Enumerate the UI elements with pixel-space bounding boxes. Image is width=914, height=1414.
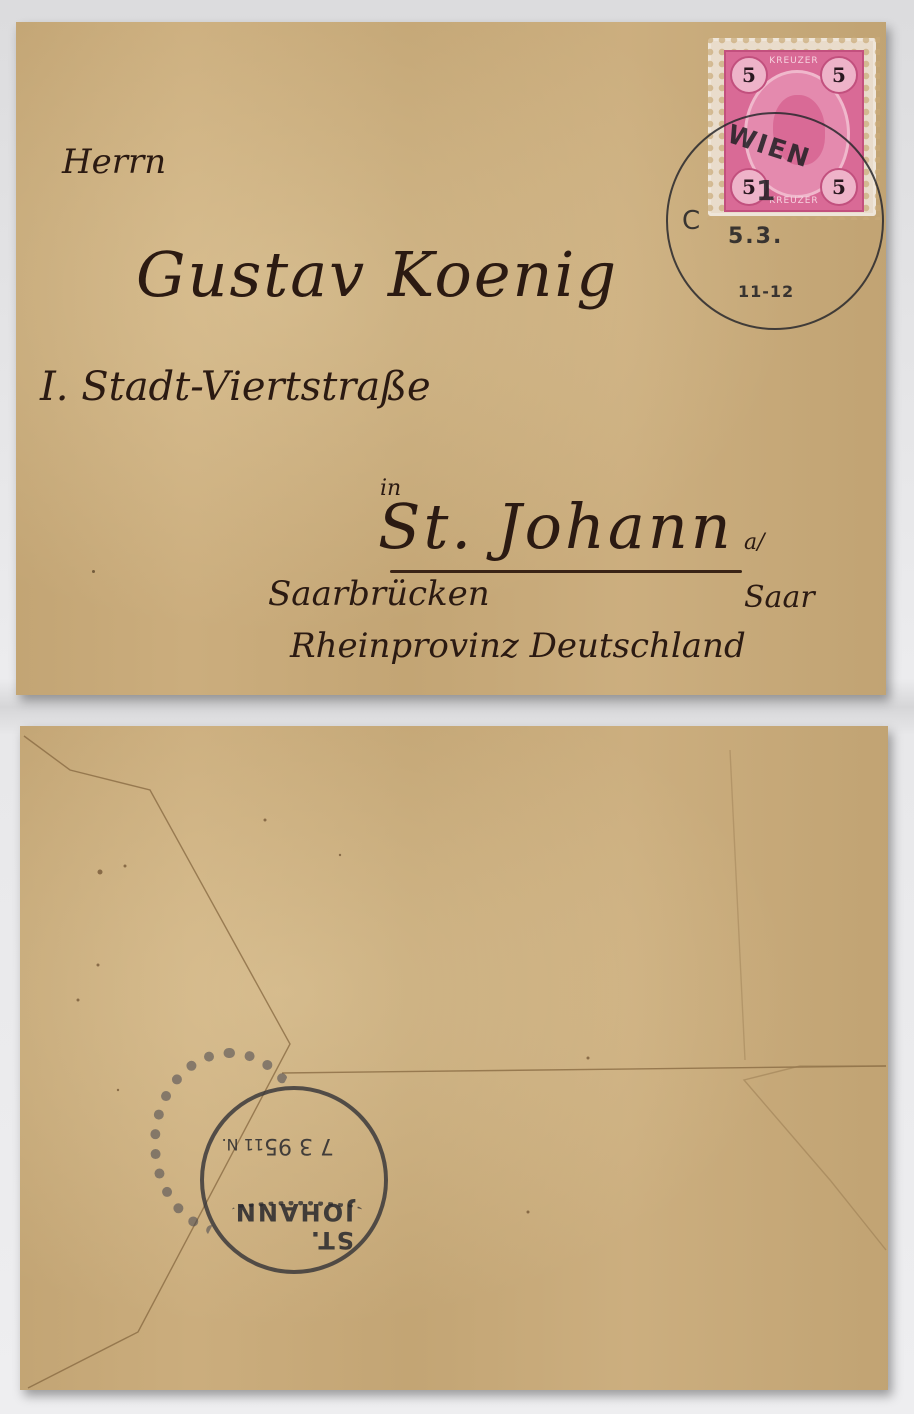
postmark-st-johann: ST. JOHANN 7 3 95 11 N.: [200, 1086, 388, 1274]
back-postmark-time: 11 N.: [222, 1135, 265, 1154]
envelope-flap-lines: [0, 0, 914, 1414]
back-postmark-bar: [232, 1201, 362, 1218]
back-postmark-date: 7 3 95: [264, 1133, 334, 1158]
